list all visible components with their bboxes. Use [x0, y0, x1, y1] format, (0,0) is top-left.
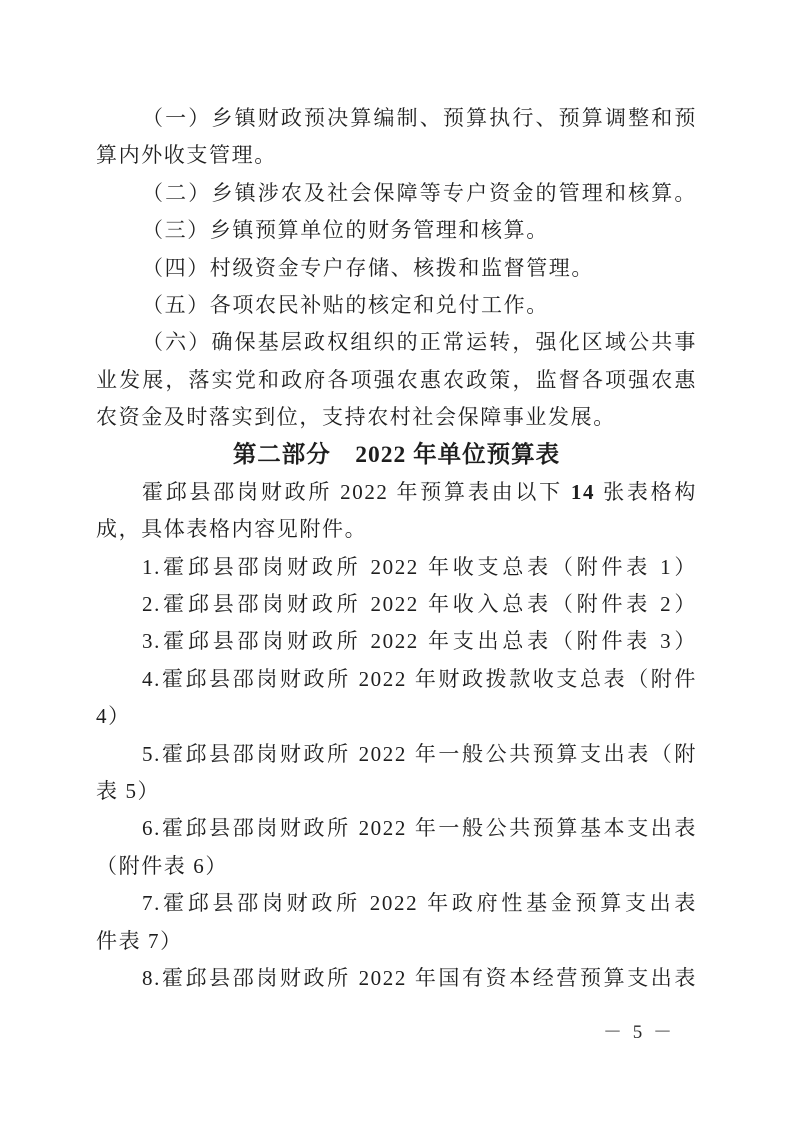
document-line: 1.霍邱县邵岗财政所 2022 年收支总表（附件表 1） [96, 549, 697, 586]
document-line: 4） [96, 698, 697, 735]
document-line: 2.霍邱县邵岗财政所 2022 年收入总表（附件表 2） [96, 586, 697, 623]
document-line: 4.霍邱县邵岗财政所 2022 年财政拨款收支总表（附件表 [96, 661, 697, 698]
document-line: 件表 7） [96, 923, 697, 960]
document-line: 3.霍邱县邵岗财政所 2022 年支出总表（附件表 3） [96, 623, 697, 660]
document-line: （一）乡镇财政预决算编制、预算执行、预算调整和预 [96, 100, 697, 137]
document-line: 业发展，落实党和政府各项强农惠农政策，监督各项强农惠 [96, 362, 697, 399]
document-line: （三）乡镇预算单位的财务管理和核算。 [96, 212, 697, 249]
document-line: （五）各项农民补贴的核定和兑付工作。 [96, 287, 697, 324]
document-line: 成，具体表格内容见附件。 [96, 511, 697, 548]
document-line: 6.霍邱县邵岗财政所 2022 年一般公共预算基本支出表 [96, 810, 697, 847]
document-line: 算内外收支管理。 [96, 137, 697, 174]
document-line: （六）确保基层政权组织的正常运转，强化区域公共事 [96, 324, 697, 361]
document-line: 5.霍邱县邵岗财政所 2022 年一般公共预算支出表（附件 [96, 736, 697, 773]
document-line: （附件表 6） [96, 848, 697, 885]
page-number: － 5 － [603, 1017, 675, 1044]
document-body: （一）乡镇财政预决算编制、预算执行、预算调整和预算内外收支管理。（二）乡镇涉农及… [96, 100, 697, 997]
section-heading: 第二部分 2022 年单位预算表 [96, 437, 697, 474]
bold-text-run: 14 [571, 480, 595, 504]
document-line: （四）村级资金专户存储、核拨和监督管理。 [96, 250, 697, 287]
text-run: 张表格构 [595, 480, 697, 504]
document-line: 8.霍邱县邵岗财政所 2022 年国有资本经营预算支出表 [96, 960, 697, 997]
document-page: （一）乡镇财政预决算编制、预算执行、预算调整和预算内外收支管理。（二）乡镇涉农及… [0, 0, 793, 1122]
document-line: 霍邱县邵岗财政所 2022 年预算表由以下 14 张表格构 [96, 474, 697, 511]
document-line: 农资金及时落实到位，支持农村社会保障事业发展。 [96, 399, 697, 436]
document-line: 表 5） [96, 773, 697, 810]
document-line: 7.霍邱县邵岗财政所 2022 年政府性基金预算支出表（附 [96, 885, 697, 922]
document-line: （二）乡镇涉农及社会保障等专户资金的管理和核算。 [96, 175, 697, 212]
text-run: 霍邱县邵岗财政所 2022 年预算表由以下 [142, 480, 571, 504]
